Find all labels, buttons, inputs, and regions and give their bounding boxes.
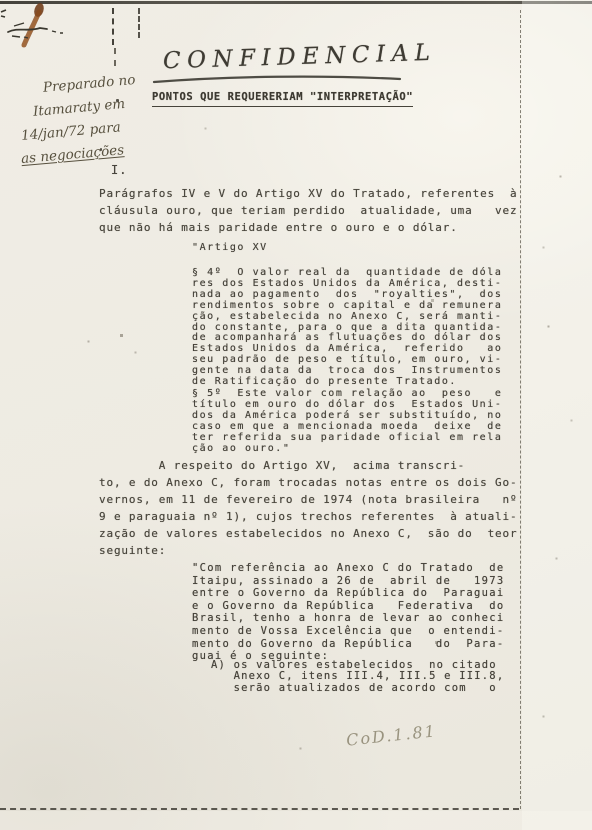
paragraph-notes-exchange: A respeito do Artigo XV, acima transcri-… (99, 457, 517, 559)
paragraph-intro: Parágrafos IV e V do Artigo XV do Tratad… (99, 185, 517, 236)
scanned-document-page: CONFIDENCIAL PONTOS QUE REQUERERIAM "INT… (0, 0, 592, 830)
confidential-underline-stroke (152, 71, 404, 87)
binding-dashes-left (112, 8, 114, 45)
quote-item-a: A) os valores estabelecidos no citado An… (211, 660, 504, 694)
binding-dashes-small (114, 48, 116, 66)
binding-dashes-right (138, 8, 140, 38)
quote-diplomatic-note: "Com referência ao Anexo C do Tratado de… (192, 562, 504, 663)
corner-scribble (0, 8, 70, 42)
confidential-handwritten-stamp: CONFIDENCIAL (163, 40, 437, 75)
corner-code-annotation: CoD.1.81 (345, 721, 437, 749)
right-margin-dashed-line (520, 10, 521, 809)
quote-paragraph-5: § 5º Este valor com relação ao peso e tí… (192, 389, 502, 454)
section-number: I. (111, 163, 127, 177)
bottom-edge-dashed-line (0, 808, 519, 810)
page-top-edge-line (0, 1, 592, 4)
quote-paragraph-4: § 4º O valor real da quantidade de dóla … (192, 268, 502, 388)
document-title: PONTOS QUE REQUERERIAM "INTERPRETAÇÃO" (152, 91, 413, 107)
paper-specks (0, 0, 1, 1)
bottom-margin-shading (0, 811, 592, 830)
right-margin-shading (522, 0, 592, 830)
margin-handwritten-note: Preparado no Itamaraty em 14/jan/72 para… (14, 69, 142, 171)
quote-article-xv-title: "Artigo XV (192, 243, 268, 254)
